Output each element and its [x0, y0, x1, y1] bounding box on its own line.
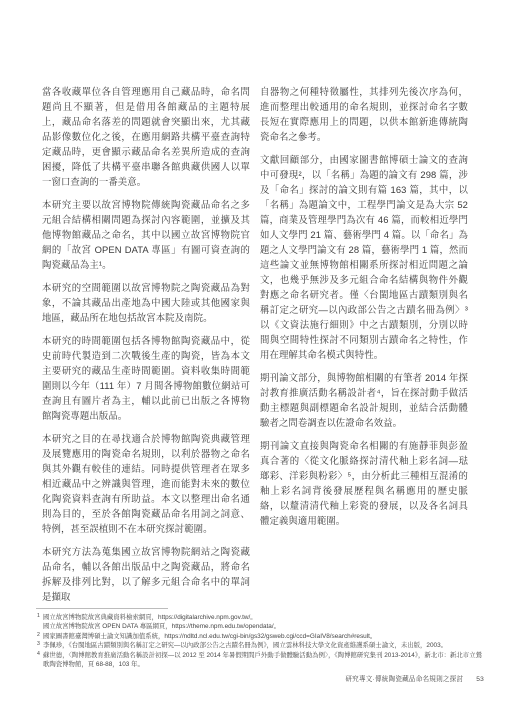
footnote-text: 國立故宮博物院故宮典藏資料檢索網頁，https://digitalarchive…: [43, 613, 482, 622]
footnote-number: 4: [37, 650, 40, 659]
footnote-4: 4 蘇世德，〈陶博館教育推廣活動名稱設計初探—以 2012 至 2014 年暑假…: [36, 651, 482, 670]
right-column: 自器物之何種特徵屬性，其排列先後次序為何，進而整理出較通用的命名規則，並探討命名…: [260, 84, 468, 604]
running-title: 研究專文·傳統陶瓷藏品命名規則之探討: [345, 673, 463, 683]
body-paragraph: 本研究方法為蒐集國立故宮博物院網站之陶瓷藏品命名，輔以各館出版品中之陶瓷藏品，將…: [42, 544, 250, 604]
article-body: 當各收藏單位各自管理應用自己藏品時，命名問題尚且不顯著，但是借用各館藏品的主題特…: [42, 84, 468, 604]
footnote-separator: [36, 608, 168, 609]
document-page: 當各收藏單位各自管理應用自己藏品時，命名問題尚且不顯著，但是借用各館藏品的主題特…: [0, 0, 512, 724]
body-paragraph: 期刊論文部分，與博物館相關的有筆者 2014 年探討教育推廣活動名稱設計者⁴，旨…: [260, 370, 468, 430]
body-paragraph: 本研究的時間範圍包括各博物館陶瓷藏品中，從史前時代製造到二次戰後生產的陶瓷，皆為…: [42, 333, 250, 423]
body-paragraph: 期刊論文直接與陶瓷命名相關的有施靜菲與彭盈真合著的〈從文化脈絡探討清代釉上彩名詞…: [260, 438, 468, 528]
footnote-number: 2: [37, 631, 40, 640]
body-paragraph: 本研究的空間範圍以故宮博物院之陶瓷藏品為對象，不論其藏品出產地為中國大陸或其他國…: [42, 280, 250, 325]
page-footer: 研究專文·傳統陶瓷藏品命名規則之探討 53: [345, 673, 484, 683]
footnote-2: 2 國家圖書館臺灣博碩士論文知識加值系統，https://ndltd.ncl.e…: [36, 632, 482, 641]
footnote-text: 國立故宮博物院故宮 OPEN DATA 專區網頁，https://theme.n…: [43, 622, 482, 631]
left-column: 當各收藏單位各自管理應用自己藏品時，命名問題尚且不顯著，但是借用各館藏品的主題特…: [42, 84, 250, 604]
page-number: 53: [476, 676, 484, 683]
footnote-number: 3: [37, 640, 40, 649]
body-paragraph: 本研究主要以故宮博物院傳統陶瓷藏品命名之多元組合結構相關問題為探討內容範圍，並擴…: [42, 197, 250, 272]
footnote-number: 1: [37, 612, 40, 621]
footnote-1: 1 國立故宮博物院故宮典藏資料檢索網頁，https://digitalarchi…: [36, 613, 482, 632]
body-paragraph: 當各收藏單位各自管理應用自己藏品時，命名問題尚且不顯著，但是借用各館藏品的主題特…: [42, 84, 250, 189]
body-paragraph: 文獻回顧部分，由國家圖書館博碩士論文的查詢中可發現²，以「名稱」為題的論文有 2…: [260, 152, 468, 362]
footnote-3: 3 李佩珍，《台閩地區古蹟類別與名稱訂定之研究—以內政部公告之古蹟名冊為例》，國…: [36, 641, 482, 650]
footnote-text: 李佩珍，《台閩地區古蹟類別與名稱訂定之研究—以內政部公告之古蹟名冊為例》，國立雲…: [43, 641, 482, 650]
footnotes-block: 1 國立故宮博物院故宮典藏資料檢索網頁，https://digitalarchi…: [36, 613, 482, 669]
footnote-text: 國家圖書館臺灣博碩士論文知識加值系統，https://ndltd.ncl.edu…: [43, 632, 482, 641]
body-paragraph: 本研究之目的在尋找適合於博物館陶瓷典藏管理及展覽應用的陶瓷命名規則，以利於器物之…: [42, 431, 250, 536]
footnote-text: 蘇世德，〈陶博館教育推廣活動名稱設計初探—以 2012 至 2014 年暑假期間…: [43, 651, 482, 670]
body-paragraph: 自器物之何種特徵屬性，其排列先後次序為何，進而整理出較通用的命名規則，並探討命名…: [260, 84, 468, 144]
